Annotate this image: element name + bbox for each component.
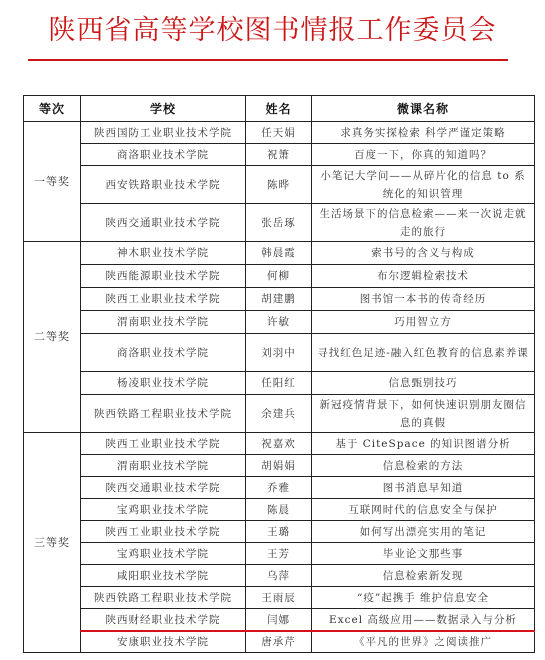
course-cell: 布尔逻辑检索技术 — [312, 265, 535, 288]
course-cell: 寻找红色足迹-融入红色教育的信息素养课 — [312, 334, 535, 372]
rank-cell: 二等奖 — [24, 242, 81, 433]
course-cell: 图书消息早知道 — [312, 477, 535, 499]
course-cell: 信息甄别技巧 — [312, 372, 535, 395]
table-row: 陕西铁路工程职业技术学院 王雨辰 “疫”起携手 维护信息安全 — [24, 587, 535, 609]
table-row: 陕西财经职业技术学院 闫娜 Excel 高级应用——数据录入与分析 — [24, 609, 535, 631]
column-header-name: 姓名 — [246, 96, 312, 122]
table-row: 陕西交通职业技术学院 乔雅 图书消息早知道 — [24, 477, 535, 499]
course-cell: “疫”起携手 维护信息安全 — [312, 587, 535, 609]
name-cell: 王璐 — [246, 521, 312, 543]
school-cell: 陕西工业职业技术学院 — [81, 433, 246, 455]
name-cell: 胡建鹏 — [246, 288, 312, 311]
course-cell: 信息检索新发现 — [312, 565, 535, 587]
table-row: 商洛职业技术学院 刘羽中 寻找红色足迹-融入红色教育的信息素养课 — [24, 334, 535, 372]
course-cell: 小笔记大学问——从碎片化的信息 to 系统化的知识管理 — [312, 166, 535, 204]
school-cell: 陕西铁路工程职业技术学院 — [81, 395, 246, 433]
name-cell: 韩晨霞 — [246, 242, 312, 265]
table-row: 三等奖 陕西工业职业技术学院 祝嘉欢 基于 CiteSpace 的知识图谱分析 — [24, 433, 535, 455]
school-cell: 商洛职业技术学院 — [81, 144, 246, 166]
name-cell: 任天娟 — [246, 122, 312, 144]
course-cell: 图书馆一本书的传奇经历 — [312, 288, 535, 311]
name-cell: 陈晔 — [246, 166, 312, 204]
name-cell: 唐承芹 — [246, 631, 312, 653]
school-cell: 神木职业技术学院 — [81, 242, 246, 265]
school-cell: 陕西财经职业技术学院 — [81, 609, 246, 631]
name-cell: 乌萍 — [246, 565, 312, 587]
school-cell: 渭南职业技术学院 — [81, 455, 246, 477]
course-cell: 基于 CiteSpace 的知识图谱分析 — [312, 433, 535, 455]
name-cell: 祝嘉欢 — [246, 433, 312, 455]
table-header-row: 等次 学校 姓名 微课名称 — [24, 96, 535, 122]
school-cell: 陕西工业职业技术学院 — [81, 521, 246, 543]
school-cell: 陕西能源职业技术学院 — [81, 265, 246, 288]
name-cell: 刘羽中 — [246, 334, 312, 372]
table-row: 宝鸡职业技术学院 王芳 毕业论文那些事 — [24, 543, 535, 565]
course-cell: 生活场景下的信息检索——来一次说走就走的旅行 — [312, 204, 535, 242]
school-cell: 陕西工业职业技术学院 — [81, 288, 246, 311]
table-row: 宝鸡职业技术学院 陈晨 互联网时代的信息安全与保护 — [24, 499, 535, 521]
name-cell: 任阳红 — [246, 372, 312, 395]
name-cell: 何柳 — [246, 265, 312, 288]
course-cell: 求真务实探检索 科学严谨定策略 — [312, 122, 535, 144]
table-row: 陕西铁路工程职业技术学院 余建兵 新冠疫情背景下，如何快速识别朋友圈信息的真假 — [24, 395, 535, 433]
column-header-school: 学校 — [81, 96, 246, 122]
table-row: 咸阳职业技术学院 乌萍 信息检索新发现 — [24, 565, 535, 587]
table-row: 二等奖 神木职业技术学院 韩晨霞 索书号的含义与构成 — [24, 242, 535, 265]
rank-cell: 一等奖 — [24, 122, 81, 242]
table-row: 安康职业技术学院 唐承芹 《平凡的世界》之阅读推广 — [24, 631, 535, 653]
school-cell: 宝鸡职业技术学院 — [81, 499, 246, 521]
course-cell: 索书号的含义与构成 — [312, 242, 535, 265]
highlight-underline — [80, 630, 535, 632]
name-cell: 陈晨 — [246, 499, 312, 521]
course-cell: 如何写出漂亮实用的笔记 — [312, 521, 535, 543]
table-row: 商洛职业技术学院 祝箫 百度一下，你真的知道吗？ — [24, 144, 535, 166]
name-cell: 张岳琢 — [246, 204, 312, 242]
award-table: 等次 学校 姓名 微课名称 一等奖 陕西国防工业职业技术学院 任天娟 求真务实探… — [23, 95, 535, 653]
course-cell: 百度一下，你真的知道吗？ — [312, 144, 535, 166]
school-cell: 咸阳职业技术学院 — [81, 565, 246, 587]
table-row: 渭南职业技术学院 许敏 巧用智立方 — [24, 311, 535, 334]
name-cell: 王雨辰 — [246, 587, 312, 609]
table-row: 陕西工业职业技术学院 王璐 如何写出漂亮实用的笔记 — [24, 521, 535, 543]
school-cell: 西安铁路职业技术学院 — [81, 166, 246, 204]
school-cell: 渭南职业技术学院 — [81, 311, 246, 334]
course-cell: 新冠疫情背景下，如何快速识别朋友圈信息的真假 — [312, 395, 535, 433]
table-row: 陕西交通职业技术学院 张岳琢 生活场景下的信息检索——来一次说走就走的旅行 — [24, 204, 535, 242]
name-cell: 闫娜 — [246, 609, 312, 631]
column-header-course: 微课名称 — [312, 96, 535, 122]
school-cell: 陕西铁路工程职业技术学院 — [81, 587, 246, 609]
course-cell: 毕业论文那些事 — [312, 543, 535, 565]
school-cell: 商洛职业技术学院 — [81, 334, 246, 372]
name-cell: 余建兵 — [246, 395, 312, 433]
school-cell: 陕西交通职业技术学院 — [81, 477, 246, 499]
course-cell: 《平凡的世界》之阅读推广 — [312, 631, 535, 653]
rank-cell: 三等奖 — [24, 433, 81, 653]
course-cell: 巧用智立方 — [312, 311, 535, 334]
table-row: 陕西工业职业技术学院 胡建鹏 图书馆一本书的传奇经历 — [24, 288, 535, 311]
course-cell: Excel 高级应用——数据录入与分析 — [312, 609, 535, 631]
school-cell: 陕西交通职业技术学院 — [81, 204, 246, 242]
name-cell: 王芳 — [246, 543, 312, 565]
name-cell: 许敏 — [246, 311, 312, 334]
name-cell: 祝箫 — [246, 144, 312, 166]
school-cell: 陕西国防工业职业技术学院 — [81, 122, 246, 144]
title-divider — [28, 59, 508, 61]
name-cell: 乔雅 — [246, 477, 312, 499]
school-cell: 宝鸡职业技术学院 — [81, 543, 246, 565]
school-cell: 安康职业技术学院 — [81, 631, 246, 653]
column-header-rank: 等次 — [24, 96, 81, 122]
name-cell: 胡娟娟 — [246, 455, 312, 477]
table-row: 西安铁路职业技术学院 陈晔 小笔记大学问——从碎片化的信息 to 系统化的知识管… — [24, 166, 535, 204]
table-row: 渭南职业技术学院 胡娟娟 信息检索的方法 — [24, 455, 535, 477]
course-cell: 信息检索的方法 — [312, 455, 535, 477]
school-cell: 杨凌职业技术学院 — [81, 372, 246, 395]
course-cell: 互联网时代的信息安全与保护 — [312, 499, 535, 521]
table-row: 一等奖 陕西国防工业职业技术学院 任天娟 求真务实探检索 科学严谨定策略 — [24, 122, 535, 144]
table-row: 陕西能源职业技术学院 何柳 布尔逻辑检索技术 — [24, 265, 535, 288]
table-row: 杨凌职业技术学院 任阳红 信息甄别技巧 — [24, 372, 535, 395]
page-title: 陕西省高等学校图书情报工作委员会 — [0, 8, 545, 47]
